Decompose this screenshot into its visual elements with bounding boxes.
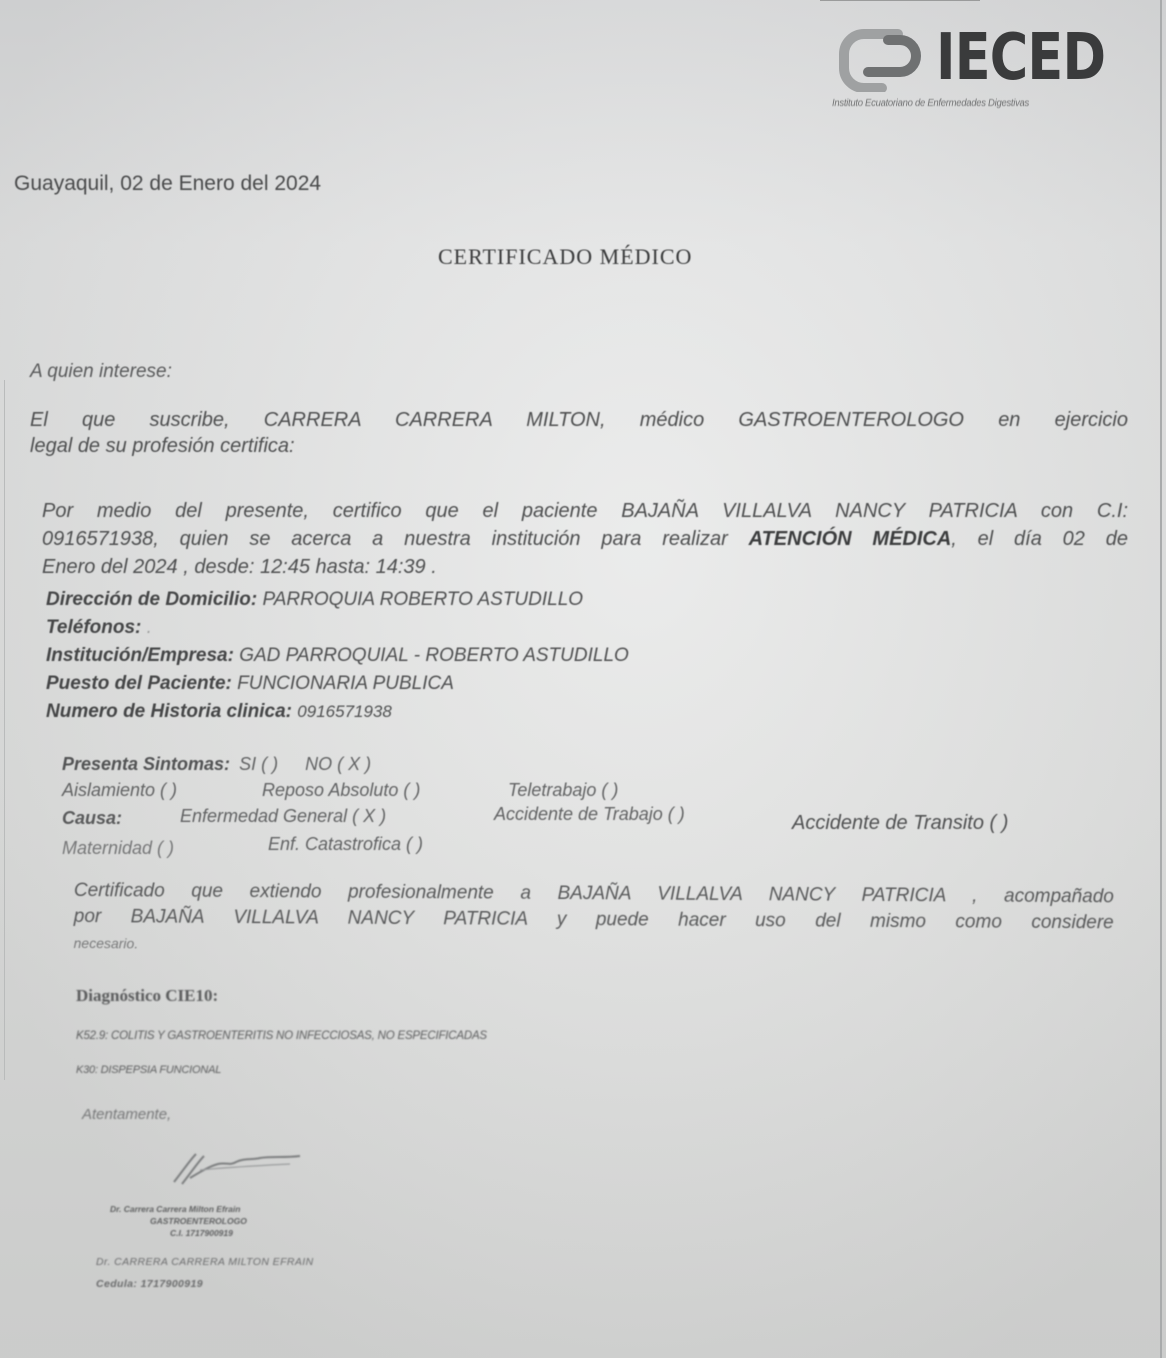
cert-line-2-pre: 0916571938, quien se acerca a nuestra in… bbox=[42, 528, 749, 550]
cert-line-2-post: , el día 02 de bbox=[951, 528, 1128, 550]
diagnosis-item-2: K30: DISPEPSIA FUNCIONAL bbox=[76, 1064, 221, 1076]
intro-line-2: legal de su profesión certifica: bbox=[30, 434, 1128, 458]
paper-edge-left bbox=[4, 380, 5, 1080]
rest-aislamiento: Aislamiento ( ) bbox=[62, 780, 177, 801]
cause-accidente-transito: Accidente de Transito ( ) bbox=[792, 812, 1008, 835]
cert-line-3: Enero del 2024 , desde: 12:45 hasta: 14:… bbox=[42, 553, 1128, 581]
field-phones: Teléfonos: . bbox=[46, 614, 629, 642]
field-clinical-record: Numero de Historia clinica: 0916571938 bbox=[46, 698, 629, 726]
ieced-logo-mark-icon bbox=[838, 28, 924, 92]
cause-catastrofica: Enf. Catastrofica ( ) bbox=[268, 834, 423, 855]
symptoms-row: Presenta Sintomas: SI ( ) NO ( X ) bbox=[62, 754, 371, 775]
cert-line-2: 0916571938, quien se acerca a nuestra in… bbox=[42, 525, 1128, 553]
cause-label: Causa: bbox=[62, 808, 122, 829]
salutation: A quien interese: bbox=[30, 361, 172, 383]
field-address: Dirección de Domicilio: PARROQUIA ROBERT… bbox=[46, 586, 629, 614]
field-position: Puesto del Paciente: FUNCIONARIA PUBLICA bbox=[46, 670, 629, 698]
paper-edge-right bbox=[1160, 0, 1162, 1358]
patient-fields: Dirección de Domicilio: PARROQUIA ROBERT… bbox=[46, 586, 629, 726]
stamp-line-2: GASTROENTEROLOGO bbox=[150, 1216, 247, 1226]
document-title: CERTIFICADO MÉDICO bbox=[438, 244, 692, 270]
stamp-line-1: Dr. Carrera Carrera Milton Efrain bbox=[110, 1204, 240, 1214]
cause-accidente-trabajo: Accidente de Trabajo ( ) bbox=[494, 804, 685, 825]
rest-teletrabajo: Teletrabajo ( ) bbox=[508, 780, 618, 801]
signer-name: Dr. CARRERA CARRERA MILTON EFRAIN bbox=[96, 1256, 314, 1268]
intro-line-1: El que suscribe, CARRERA CARRERA MILTON,… bbox=[30, 408, 1128, 432]
diagnosis-item-1: K52.9: COLITIS Y GASTROENTERITIS NO INFE… bbox=[76, 1030, 487, 1042]
symptoms-si: SI ( ) bbox=[239, 754, 278, 774]
signer-id: Cedula: 1717900919 bbox=[96, 1278, 203, 1290]
logo-subtitle: Instituto Ecuatoriano de Enfermedades Di… bbox=[832, 98, 1029, 109]
signoff: Atentamente, bbox=[82, 1106, 171, 1123]
certification-paragraph: Por medio del presente, certifico que el… bbox=[42, 497, 1128, 581]
cert-line-1: Por medio del presente, certifico que el… bbox=[42, 497, 1128, 525]
diagnosis-title: Diagnóstico CIE10: bbox=[76, 986, 218, 1006]
field-institution: Institución/Empresa: GAD PARROQUIAL - RO… bbox=[46, 642, 629, 670]
ieced-logo: IECED Instituto Ecuatoriano de Enfermeda… bbox=[832, 18, 1122, 114]
closing-paragraph: Certificado que extiendo profesionalment… bbox=[74, 878, 1114, 962]
attention-type: ATENCIÓN MÉDICA bbox=[749, 528, 952, 550]
cause-maternidad: Maternidad ( ) bbox=[62, 838, 174, 859]
handwritten-signature-icon bbox=[160, 1148, 310, 1188]
symptoms-section: Presenta Sintomas: SI ( ) NO ( X ) Aisla… bbox=[62, 754, 1072, 874]
paper-edge-top bbox=[820, 0, 980, 1]
rest-reposo: Reposo Absoluto ( ) bbox=[262, 780, 420, 801]
cause-enfermedad-general: Enfermedad General ( X ) bbox=[180, 806, 386, 827]
logo-wordmark: IECED bbox=[936, 20, 1105, 96]
date-line: Guayaquil, 02 de Enero del 2024 bbox=[14, 172, 321, 196]
stamp-line-3: C.I. 1717900919 bbox=[170, 1228, 233, 1238]
intro-paragraph: El que suscribe, CARRERA CARRERA MILTON,… bbox=[30, 408, 1128, 458]
symptoms-no: NO ( X ) bbox=[305, 754, 371, 774]
